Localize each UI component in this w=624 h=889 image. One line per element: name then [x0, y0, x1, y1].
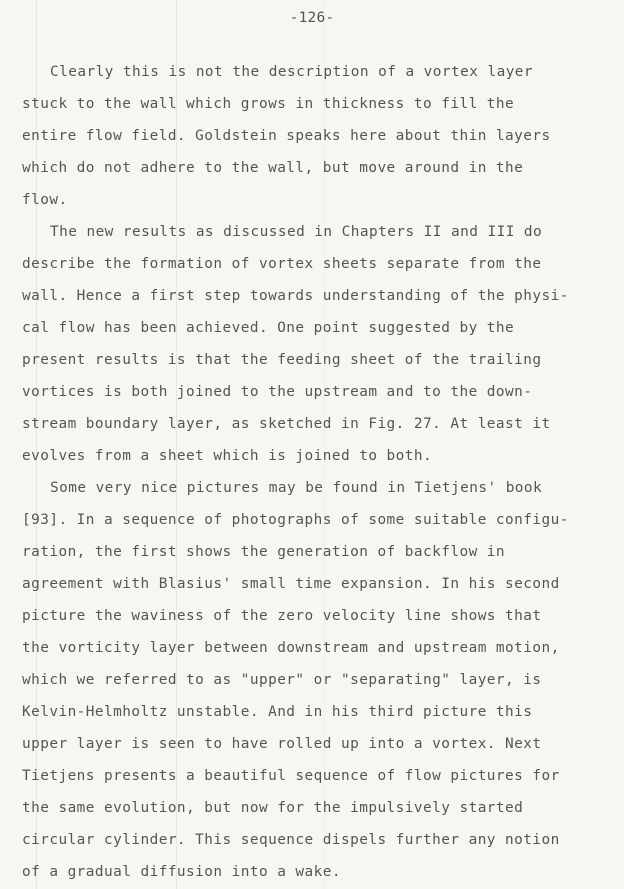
text-line: entire flow field. Goldstein speaks here… — [22, 120, 622, 152]
text-line: stream boundary layer, as sketched in Fi… — [22, 408, 622, 440]
text-line: describe the formation of vortex sheets … — [22, 248, 622, 280]
text-line: wall. Hence a first step towards underst… — [22, 280, 622, 312]
text-line: Kelvin-Helmholtz unstable. And in his th… — [22, 696, 622, 728]
text-line: cal flow has been achieved. One point su… — [22, 312, 622, 344]
text-line: upper layer is seen to have rolled up in… — [22, 728, 622, 760]
text-line: picture the waviness of the zero velocit… — [22, 600, 622, 632]
text-line: Clearly this is not the description of a… — [22, 56, 622, 88]
page-number: -126- — [0, 10, 624, 26]
text-line: which we referred to as "upper" or "sepa… — [22, 664, 622, 696]
text-line: stuck to the wall which grows in thickne… — [22, 88, 622, 120]
text-line: of a gradual diffusion into a wake. — [22, 856, 622, 888]
document-body: Clearly this is not the description of a… — [22, 56, 622, 888]
text-line: Some very nice pictures may be found in … — [22, 472, 622, 504]
text-line: ration, the first shows the generation o… — [22, 536, 622, 568]
text-line: The new results as discussed in Chapters… — [22, 216, 622, 248]
paragraph: The new results as discussed in Chapters… — [22, 216, 622, 472]
text-line: the same evolution, but now for the impu… — [22, 792, 622, 824]
text-line: agreement with Blasius' small time expan… — [22, 568, 622, 600]
text-line: flow. — [22, 184, 622, 216]
text-line: which do not adhere to the wall, but mov… — [22, 152, 622, 184]
text-line: vortices is both joined to the upstream … — [22, 376, 622, 408]
paragraph: Clearly this is not the description of a… — [22, 56, 622, 216]
text-line: Tietjens presents a beautiful sequence o… — [22, 760, 622, 792]
text-line: present results is that the feeding shee… — [22, 344, 622, 376]
text-line: circular cylinder. This sequence dispels… — [22, 824, 622, 856]
text-line: the vorticity layer between downstream a… — [22, 632, 622, 664]
text-line: [93]. In a sequence of photographs of so… — [22, 504, 622, 536]
text-line: evolves from a sheet which is joined to … — [22, 440, 622, 472]
paragraph: Some very nice pictures may be found in … — [22, 472, 622, 888]
